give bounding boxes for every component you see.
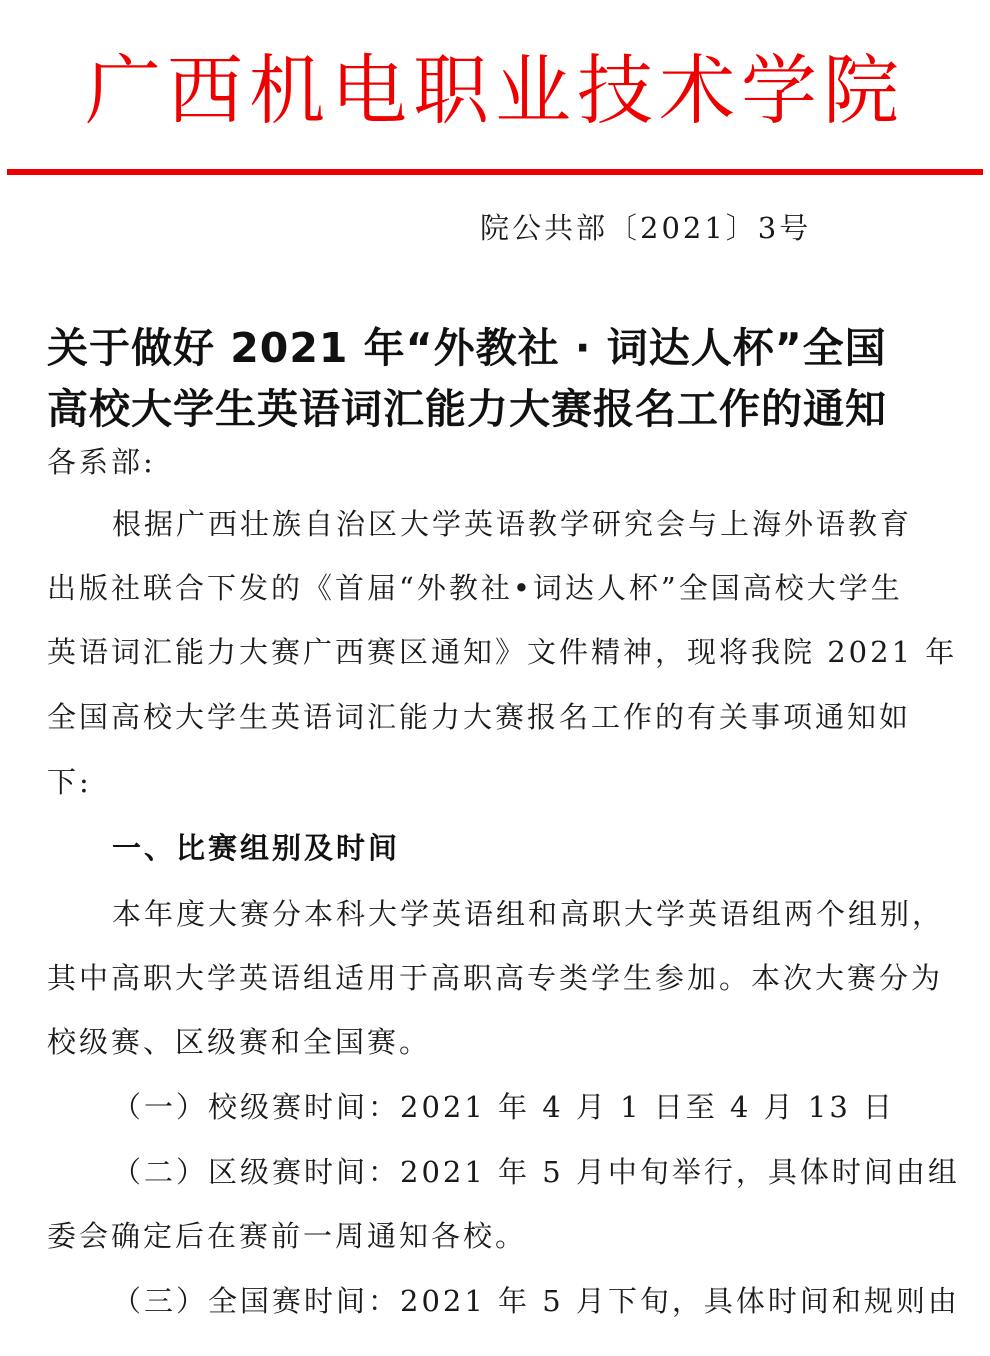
schedule-item-national-level: （三）全国赛时间：2021 年 5 月下旬，具体时间和规则由 xyxy=(112,1279,960,1323)
notice-title-line-2: 高校大学生英语词汇能力大赛报名工作的通知 xyxy=(47,381,887,437)
schedule-item-regional-level-cont: 委会确定后在赛前一周通知各校。 xyxy=(47,1214,527,1258)
schedule-item-school-level: （一）校级赛时间：2021 年 4 月 1 日至 4 月 13 日 xyxy=(112,1085,895,1129)
section-paragraph-line: 其中高职大学英语组适用于高职高专类学生参加。本次大赛分为 xyxy=(47,956,943,1000)
intro-paragraph-line: 英语词汇能力大赛广西赛区通知》文件精神，现将我院 2021 年 xyxy=(47,630,957,674)
section-heading-competition-groups: 一、比赛组别及时间 xyxy=(112,826,400,870)
intro-paragraph-line: 下: xyxy=(47,760,92,804)
organization-letterhead: 广西机电职业技术学院 xyxy=(0,46,990,136)
section-paragraph-line: 校级赛、区级赛和全国赛。 xyxy=(47,1020,431,1064)
section-paragraph-line: 本年度大赛分本科大学英语组和高职大学英语组两个组别， xyxy=(112,892,944,936)
document-number: 院公共部〔2021〕3号 xyxy=(480,208,811,248)
letterhead-red-rule xyxy=(7,169,983,175)
salutation: 各系部: xyxy=(47,440,156,484)
intro-paragraph-line: 出版社联合下发的《首届“外教社•词达人杯”全国高校大学生 xyxy=(47,566,903,610)
schedule-item-regional-level: （二）区级赛时间：2021 年 5 月中旬举行，具体时间由组 xyxy=(112,1150,960,1194)
notice-title-line-1: 关于做好 2021 年“外教社 · 词达人杯”全国 xyxy=(47,320,887,376)
intro-paragraph-line: 全国高校大学生英语词汇能力大赛报名工作的有关事项通知如 xyxy=(47,695,911,739)
intro-paragraph-line: 根据广西壮族自治区大学英语教学研究会与上海外语教育 xyxy=(112,502,912,546)
